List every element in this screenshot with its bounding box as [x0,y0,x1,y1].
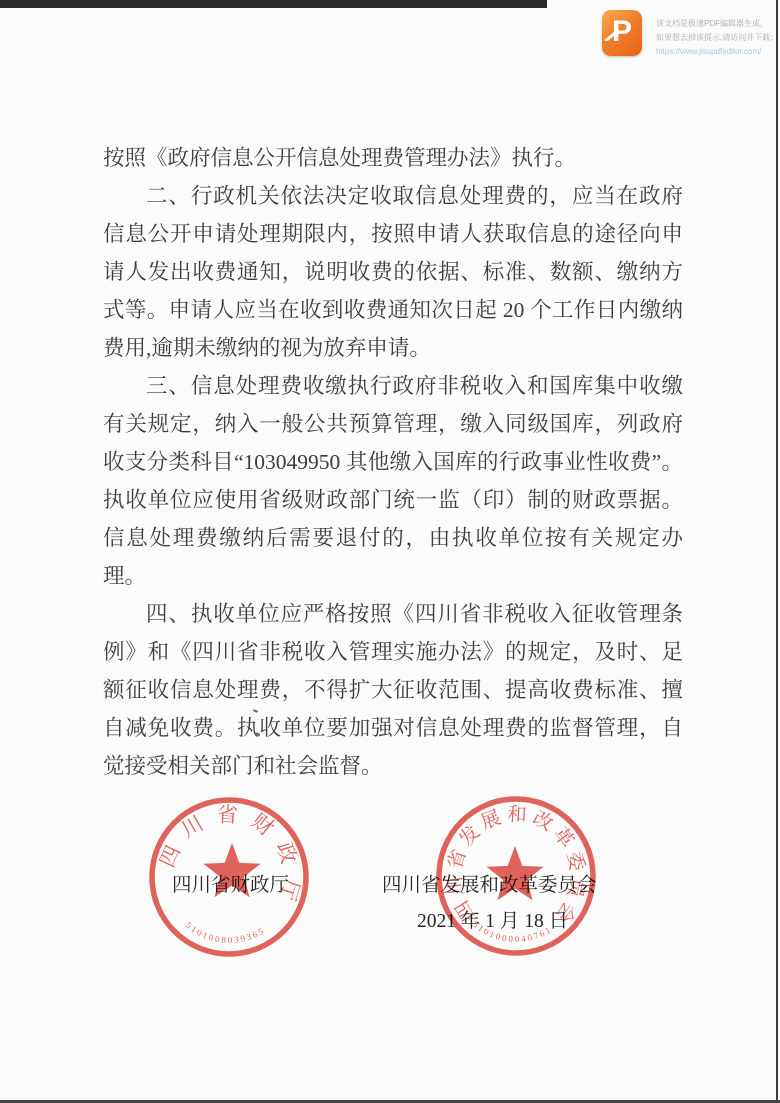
seal-code-finance: 5101008039365 [184,920,267,945]
watermark-line-1: 该文档是极速PDF编辑器生成， [656,17,778,31]
paragraph-item-4: 四、执收单位应严格按照《四川省非税收入征收管理条例》和《四川省非税收入管理实施办… [103,595,683,785]
paragraph-item-2: 二、行政机关依法决定收取信息处理费的，应当在政府信息公开申请处理期限内，按照申请… [103,177,683,367]
watermark-text: 该文档是极速PDF编辑器生成， 如果想去掉该提示,请访问并下载： https:/… [656,10,778,59]
watermark-download-link[interactable]: https://www.jisupdfeditor.com/ [656,45,778,59]
signature-date: 2021 年 1 月 18 日 [417,910,568,934]
paragraph-item-3: 三、信息处理费收缴执行政府非税收入和国库集中收缴有关规定，纳入一般公共预算管理，… [103,367,683,595]
watermark-line-2: 如果想去掉该提示,请访问并下载： [656,31,778,45]
document-page: P 该文档是极速PDF编辑器生成， 如果想去掉该提示,请访问并下载： https… [0,0,780,1103]
svg-text:5101008039365: 5101008039365 [184,920,267,945]
scan-edge-top [0,0,547,8]
signature-org-development-reform: 四川省发展和改革委员会 [382,874,597,898]
document-body: 按照《政府信息公开信息处理费管理办法》执行。 二、行政机关依法决定收取信息处理费… [103,139,683,785]
scan-edge-right [776,0,778,1103]
pdf-editor-logo-icon[interactable]: P [602,10,642,56]
pdf-editor-watermark: P 该文档是极速PDF编辑器生成， 如果想去掉该提示,请访问并下载： https… [602,10,778,59]
signature-org-finance: 四川省财政厅 [172,874,289,898]
paragraph-continuation: 按照《政府信息公开信息处理费管理办法》执行。 [103,139,683,177]
